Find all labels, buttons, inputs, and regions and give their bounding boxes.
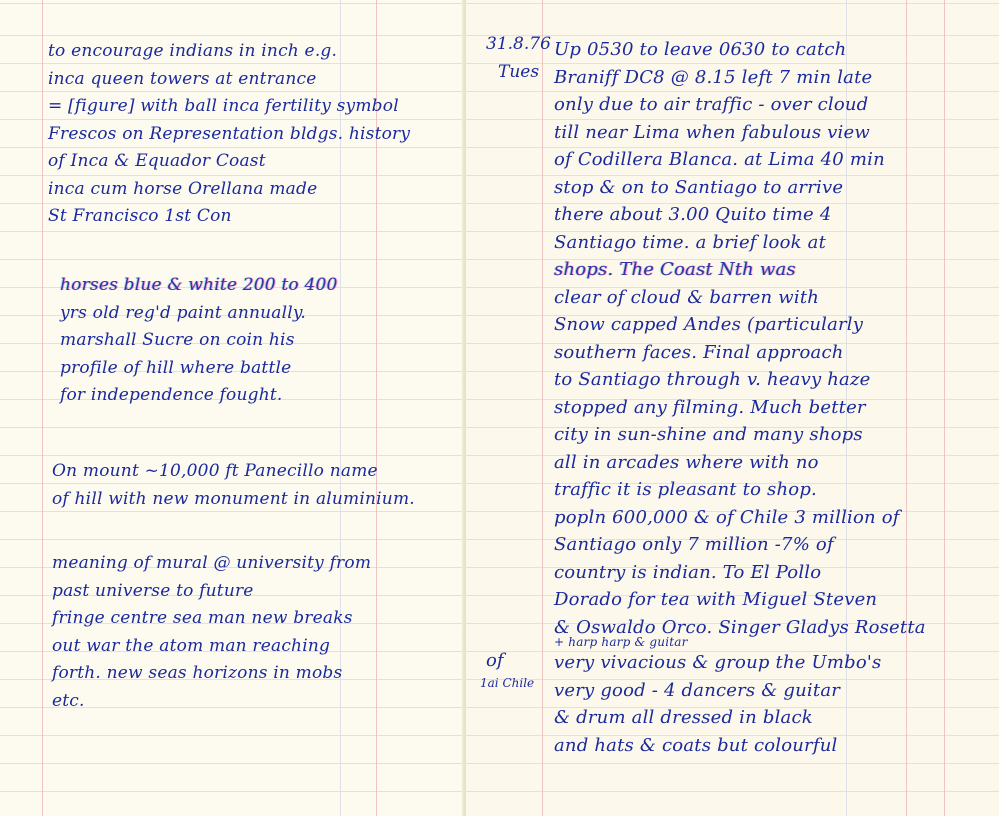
text-line: yrs old reg'd paint annually. bbox=[60, 300, 338, 328]
text-line: St Francisco 1st Con bbox=[48, 203, 410, 231]
text-line: past universe to future bbox=[52, 578, 371, 606]
text-line: and hats & coats but colourful bbox=[554, 732, 926, 760]
text-line: city in sun-shine and many shops bbox=[554, 421, 926, 449]
text-line: to Santiago through v. heavy haze bbox=[554, 366, 926, 394]
text-line: there about 3.00 Quito time 4 bbox=[554, 201, 926, 229]
text-line: only due to air traffic - over cloud bbox=[554, 91, 926, 119]
notebook-spread: to encourage indians in inch e.g. inca q… bbox=[0, 0, 999, 816]
right-page: 31.8.76 Tues Up 0530 to leave 0630 to ca… bbox=[466, 0, 999, 816]
text-line: inca cum horse Orellana made bbox=[48, 176, 410, 204]
text-line: Braniff DC8 @ 8.15 left 7 min late bbox=[554, 64, 926, 92]
margin-note-chile: 1ai Chile bbox=[480, 676, 534, 690]
left-block-4: meaning of mural @ university from past … bbox=[52, 550, 371, 715]
text-line: On mount ~10,000 ft Panecillo name bbox=[52, 458, 415, 486]
text-line: all in arcades where with no bbox=[554, 449, 926, 477]
text-line: of hill with new monument in aluminium. bbox=[52, 486, 415, 514]
text-line: very good - 4 dancers & guitar bbox=[554, 677, 926, 705]
text-line: etc. bbox=[52, 688, 371, 716]
entry-weekday: Tues bbox=[498, 62, 539, 82]
text-line: clear of cloud & barren with bbox=[554, 284, 926, 312]
text-line: stopped any filming. Much better bbox=[554, 394, 926, 422]
text-line: Santiago time. a brief look at bbox=[554, 229, 926, 257]
text-line: till near Lima when fabulous view bbox=[554, 119, 926, 147]
left-block-1: to encourage indians in inch e.g. inca q… bbox=[48, 38, 410, 231]
text-line: Up 0530 to leave 0630 to catch bbox=[554, 36, 926, 64]
text-line: horses blue & white 200 to 400 bbox=[60, 272, 338, 300]
text-line: profile of hill where battle bbox=[60, 355, 338, 383]
left-block-3: On mount ~10,000 ft Panecillo name of hi… bbox=[52, 458, 415, 513]
left-page: to encourage indians in inch e.g. inca q… bbox=[0, 0, 466, 816]
margin-line bbox=[944, 0, 945, 816]
text-line: inca queen towers at entrance bbox=[48, 66, 410, 94]
text-line: of Codillera Blanca. at Lima 40 min bbox=[554, 146, 926, 174]
text-line: forth. new seas horizons in mobs bbox=[52, 660, 371, 688]
margin-line bbox=[542, 0, 543, 816]
text-line: of Inca & Equador Coast bbox=[48, 148, 410, 176]
text-line: Santiago only 7 million -7% of bbox=[554, 531, 926, 559]
text-line: out war the atom man reaching bbox=[52, 633, 371, 661]
text-line: = [figure] with ball inca fertility symb… bbox=[48, 93, 410, 121]
text-line: & drum all dressed in black bbox=[554, 704, 926, 732]
text-line: marshall Sucre on coin his bbox=[60, 327, 338, 355]
right-entry-text: Up 0530 to leave 0630 to catch Braniff D… bbox=[554, 36, 926, 759]
entry-date: 31.8.76 bbox=[486, 34, 551, 54]
text-line: Dorado for tea with Miguel Steven bbox=[554, 586, 926, 614]
text-line: Frescos on Representation bldgs. history bbox=[48, 121, 410, 149]
text-line: southern faces. Final approach bbox=[554, 339, 926, 367]
text-line: popln 600,000 & of Chile 3 million of bbox=[554, 504, 926, 532]
text-line: meaning of mural @ university from bbox=[52, 550, 371, 578]
text-line: traffic it is pleasant to shop. bbox=[554, 476, 926, 504]
text-line: fringe centre sea man new breaks bbox=[52, 605, 371, 633]
margin-line bbox=[42, 0, 43, 816]
text-line: country is indian. To El Pollo bbox=[554, 559, 926, 587]
text-line: for independence fought. bbox=[60, 382, 338, 410]
left-block-2: horses blue & white 200 to 400 yrs old r… bbox=[60, 272, 338, 410]
text-line: shops. The Coast Nth was bbox=[554, 256, 926, 284]
text-line: Snow capped Andes (particularly bbox=[554, 311, 926, 339]
text-line: stop & on to Santiago to arrive bbox=[554, 174, 926, 202]
text-line: very vivacious & group the Umbo's bbox=[554, 649, 926, 677]
margin-note-of: of bbox=[486, 650, 504, 671]
text-line: to encourage indians in inch e.g. bbox=[48, 38, 410, 66]
